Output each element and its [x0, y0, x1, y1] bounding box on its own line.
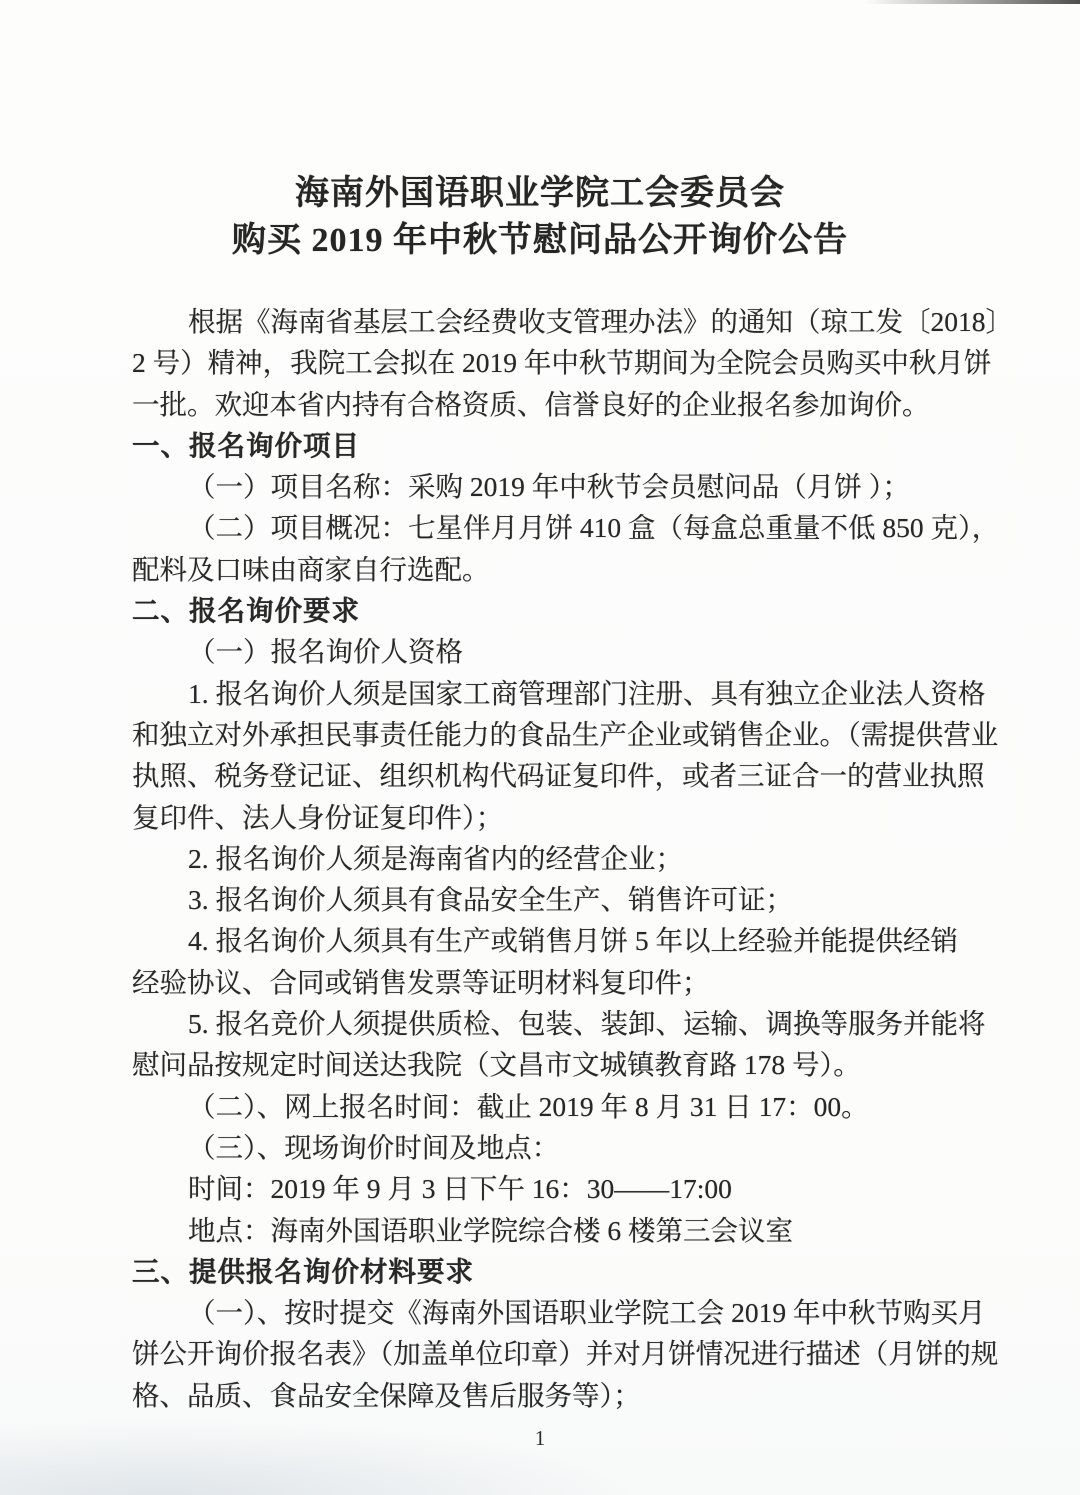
section-heading: 一、报名询价项目	[132, 425, 960, 466]
text-line: 2. 报名询价人须是海南省内的经营企业；	[132, 838, 960, 879]
text-line: （一）、按时提交《海南外国语职业学院工会 2019 年中秋节购买月	[132, 1292, 960, 1333]
text-line: 根据《海南省基层工会经费收支管理办法》的通知（琼工发〔2018〕	[132, 301, 960, 342]
text-line: （二）项目概况：七星伴月月饼 410 盒（每盒总重量不低 850 克），	[132, 507, 960, 548]
text-line: 配料及口味由商家自行选配。	[132, 549, 960, 590]
scan-smudge-artifact	[0, 1420, 640, 1495]
text-line: 4. 报名询价人须具有生产或销售月饼 5 年以上经验并能提供经销	[132, 920, 960, 961]
text-line: 执照、税务登记证、组织机构代码证复印件，或者三证合一的营业执照	[132, 755, 960, 796]
document-body: 根据《海南省基层工会经费收支管理办法》的通知（琼工发〔2018〕2 号）精神，我…	[132, 301, 960, 1416]
text-line: 一批。欢迎本省内持有合格资质、信誉良好的企业报名参加询价。	[132, 384, 960, 425]
text-line: 饼公开询价报名表》（加盖单位印章）并对月饼情况进行描述（月饼的规	[132, 1333, 960, 1374]
text-line: 格、品质、食品安全保障及售后服务等）；	[132, 1375, 960, 1416]
document-title-line-1: 海南外国语职业学院工会委员会	[0, 170, 1080, 217]
text-line: 5. 报名竞价人须提供质检、包装、装卸、运输、调换等服务并能将	[132, 1003, 960, 1044]
text-line: 时间：2019 年 9 月 3 日下午 16：30——17:00	[132, 1168, 960, 1209]
text-line: 1. 报名询价人须是国家工商管理部门注册、具有独立企业法人资格	[132, 673, 960, 714]
document-title-line-2: 购买 2019 年中秋节慰问品公开询价公告	[0, 217, 1080, 264]
document-title: 海南外国语职业学院工会委员会 购买 2019 年中秋节慰问品公开询价公告	[0, 170, 1080, 264]
text-line: 慰问品按规定时间送达我院（文昌市文城镇教育路 178 号）。	[132, 1044, 960, 1085]
text-line: 和独立对外承担民事责任能力的食品生产企业或销售企业。（需提供营业	[132, 714, 960, 755]
text-line: （一）报名询价人资格	[132, 631, 960, 672]
scan-edge-artifact	[865, 0, 1080, 4]
text-line: 复印件、法人身份证复印件）；	[132, 797, 960, 838]
text-line: 经验协议、合同或销售发票等证明材料复印件；	[132, 962, 960, 1003]
document-page: 海南外国语职业学院工会委员会 购买 2019 年中秋节慰问品公开询价公告 根据《…	[0, 0, 1080, 1495]
text-line: （三）、现场询价时间及地点：	[132, 1127, 960, 1168]
text-line: 地点：海南外国语职业学院综合楼 6 楼第三会议室	[132, 1210, 960, 1251]
text-line: （一）项目名称：采购 2019 年中秋节会员慰问品（月饼 ）；	[132, 466, 960, 507]
section-heading: 二、报名询价要求	[132, 590, 960, 631]
text-line: （二）、网上报名时间：截止 2019 年 8 月 31 日 17：00。	[132, 1086, 960, 1127]
text-line: 3. 报名询价人须具有食品安全生产、销售许可证；	[132, 879, 960, 920]
section-heading: 三、提供报名询价材料要求	[132, 1251, 960, 1292]
text-line: 2 号）精神，我院工会拟在 2019 年中秋节期间为全院会员购买中秋月饼	[132, 342, 960, 383]
